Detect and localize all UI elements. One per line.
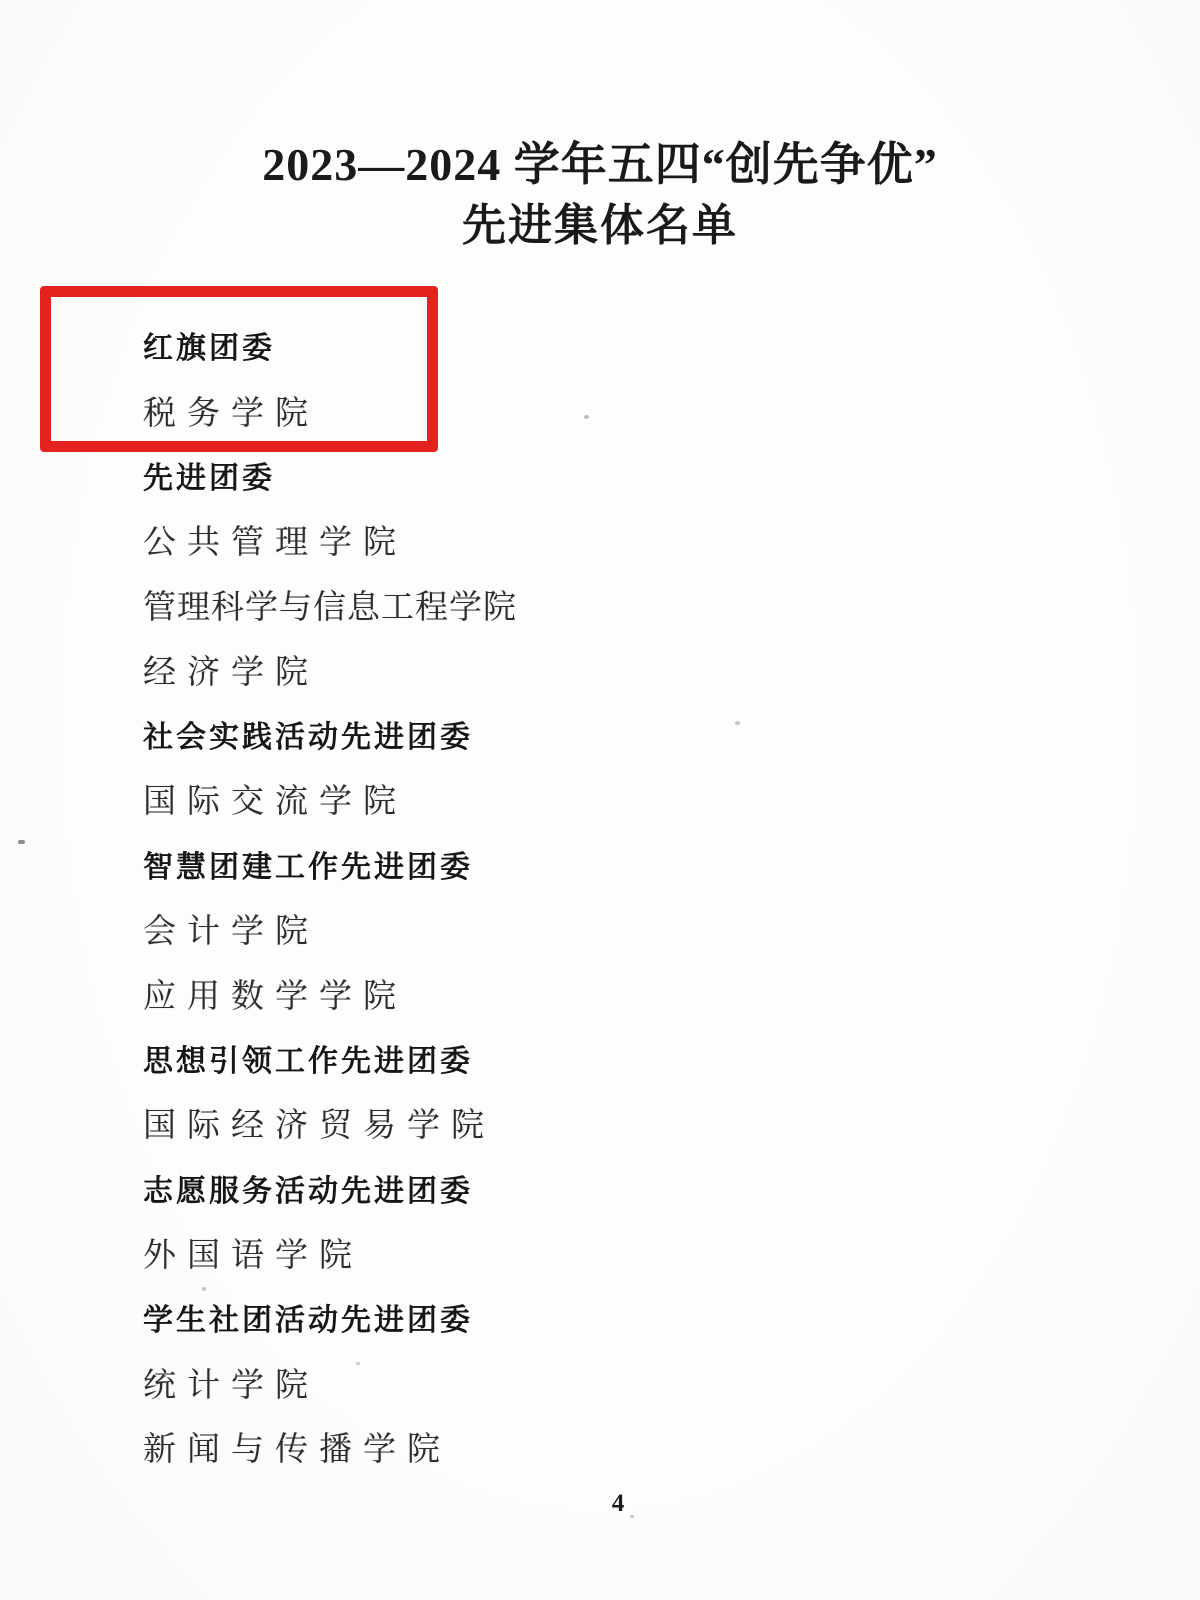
award-list: 红旗团委税务学院先进团委公共管理学院管理科学与信息工程学院经济学院社会实践活动先… — [143, 313, 1123, 1479]
document-title-line1: 2023—2024 学年五四“创先争优” — [0, 134, 1200, 196]
list-item: 外国语学院 — [143, 1220, 1123, 1285]
section-heading: 智慧团建工作先进团委 — [143, 831, 1123, 896]
scan-speck — [18, 840, 25, 844]
list-item: 新闻与传播学院 — [143, 1415, 1123, 1480]
list-item: 公共管理学院 — [143, 507, 1123, 572]
scan-speck — [630, 1515, 634, 1518]
scan-speck — [735, 721, 740, 725]
list-item: 国际经济贸易学院 — [143, 1091, 1123, 1156]
section-heading: 志愿服务活动先进团委 — [143, 1155, 1123, 1220]
list-item: 经济学院 — [143, 637, 1123, 702]
document-title-line2: 先进集体名单 — [0, 196, 1200, 256]
list-item: 会计学院 — [143, 896, 1123, 961]
list-item: 管理科学与信息工程学院 — [143, 572, 1123, 637]
document-page: 2023—2024 学年五四“创先争优” 先进集体名单 红旗团委税务学院先进团委… — [0, 0, 1200, 1600]
page-number: 4 — [0, 1490, 1200, 1518]
scan-speck — [202, 1287, 206, 1291]
section-heading: 思想引领工作先进团委 — [143, 1026, 1123, 1091]
list-item: 国际交流学院 — [143, 767, 1123, 832]
list-item: 税务学院 — [143, 378, 1123, 443]
section-heading: 先进团委 — [143, 443, 1123, 508]
document-title: 2023—2024 学年五四“创先争优” 先进集体名单 — [0, 134, 1200, 256]
section-heading: 学生社团活动先进团委 — [143, 1285, 1123, 1350]
list-item: 应用数学学院 — [143, 961, 1123, 1026]
section-heading: 红旗团委 — [143, 313, 1123, 378]
list-item: 统计学院 — [143, 1350, 1123, 1415]
scan-speck — [356, 1362, 360, 1365]
section-heading: 社会实践活动先进团委 — [143, 702, 1123, 767]
scan-speck — [584, 415, 589, 419]
